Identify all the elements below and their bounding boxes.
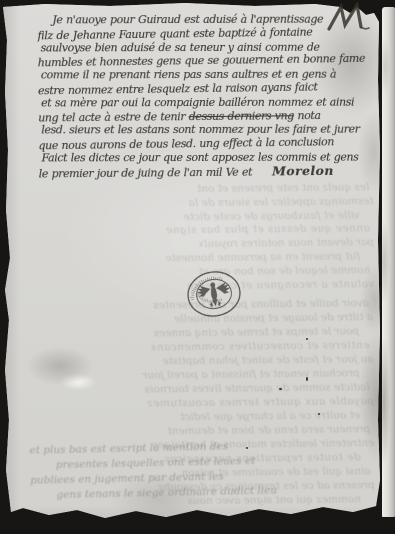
- notary-signature: Morelon: [272, 163, 334, 179]
- ink-speck: [306, 338, 308, 340]
- line-text: nota: [294, 109, 321, 122]
- ink-speck: [279, 388, 282, 390]
- struck-words: dessus derniers vng: [189, 109, 294, 123]
- book-fore-edge: [382, 7, 395, 517]
- scanner-background: Je n'auoye pour Guiraud est aduisé à l'a…: [0, 0, 395, 534]
- manuscript-text-block: Je n'auoye pour Guiraud est aduisé à l'a…: [37, 12, 376, 187]
- ink-speck: [306, 377, 308, 381]
- closing-text: le premier jour de juing de l'an mil Ve …: [39, 165, 252, 180]
- handwritten-lines-bottom: lesd. sieurs et les astans sont nommez p…: [38, 122, 376, 166]
- handwritten-lines-top: Je n'auoye pour Guiraud est aduisé à l'a…: [37, 12, 376, 112]
- show-through-text-bottom: et plus bas est escript la mention despr…: [29, 436, 374, 505]
- archive-stamp: ılıllıılıllıılıllıılı llıılıllıılıllıı: [182, 264, 247, 324]
- line-text: ung tel acte à estre de tenir: [38, 110, 189, 124]
- closing-line: le premier jour de juing de l'an mil Ve …: [39, 163, 377, 180]
- ink-speck: [318, 413, 320, 415]
- ink-speck: [246, 447, 248, 449]
